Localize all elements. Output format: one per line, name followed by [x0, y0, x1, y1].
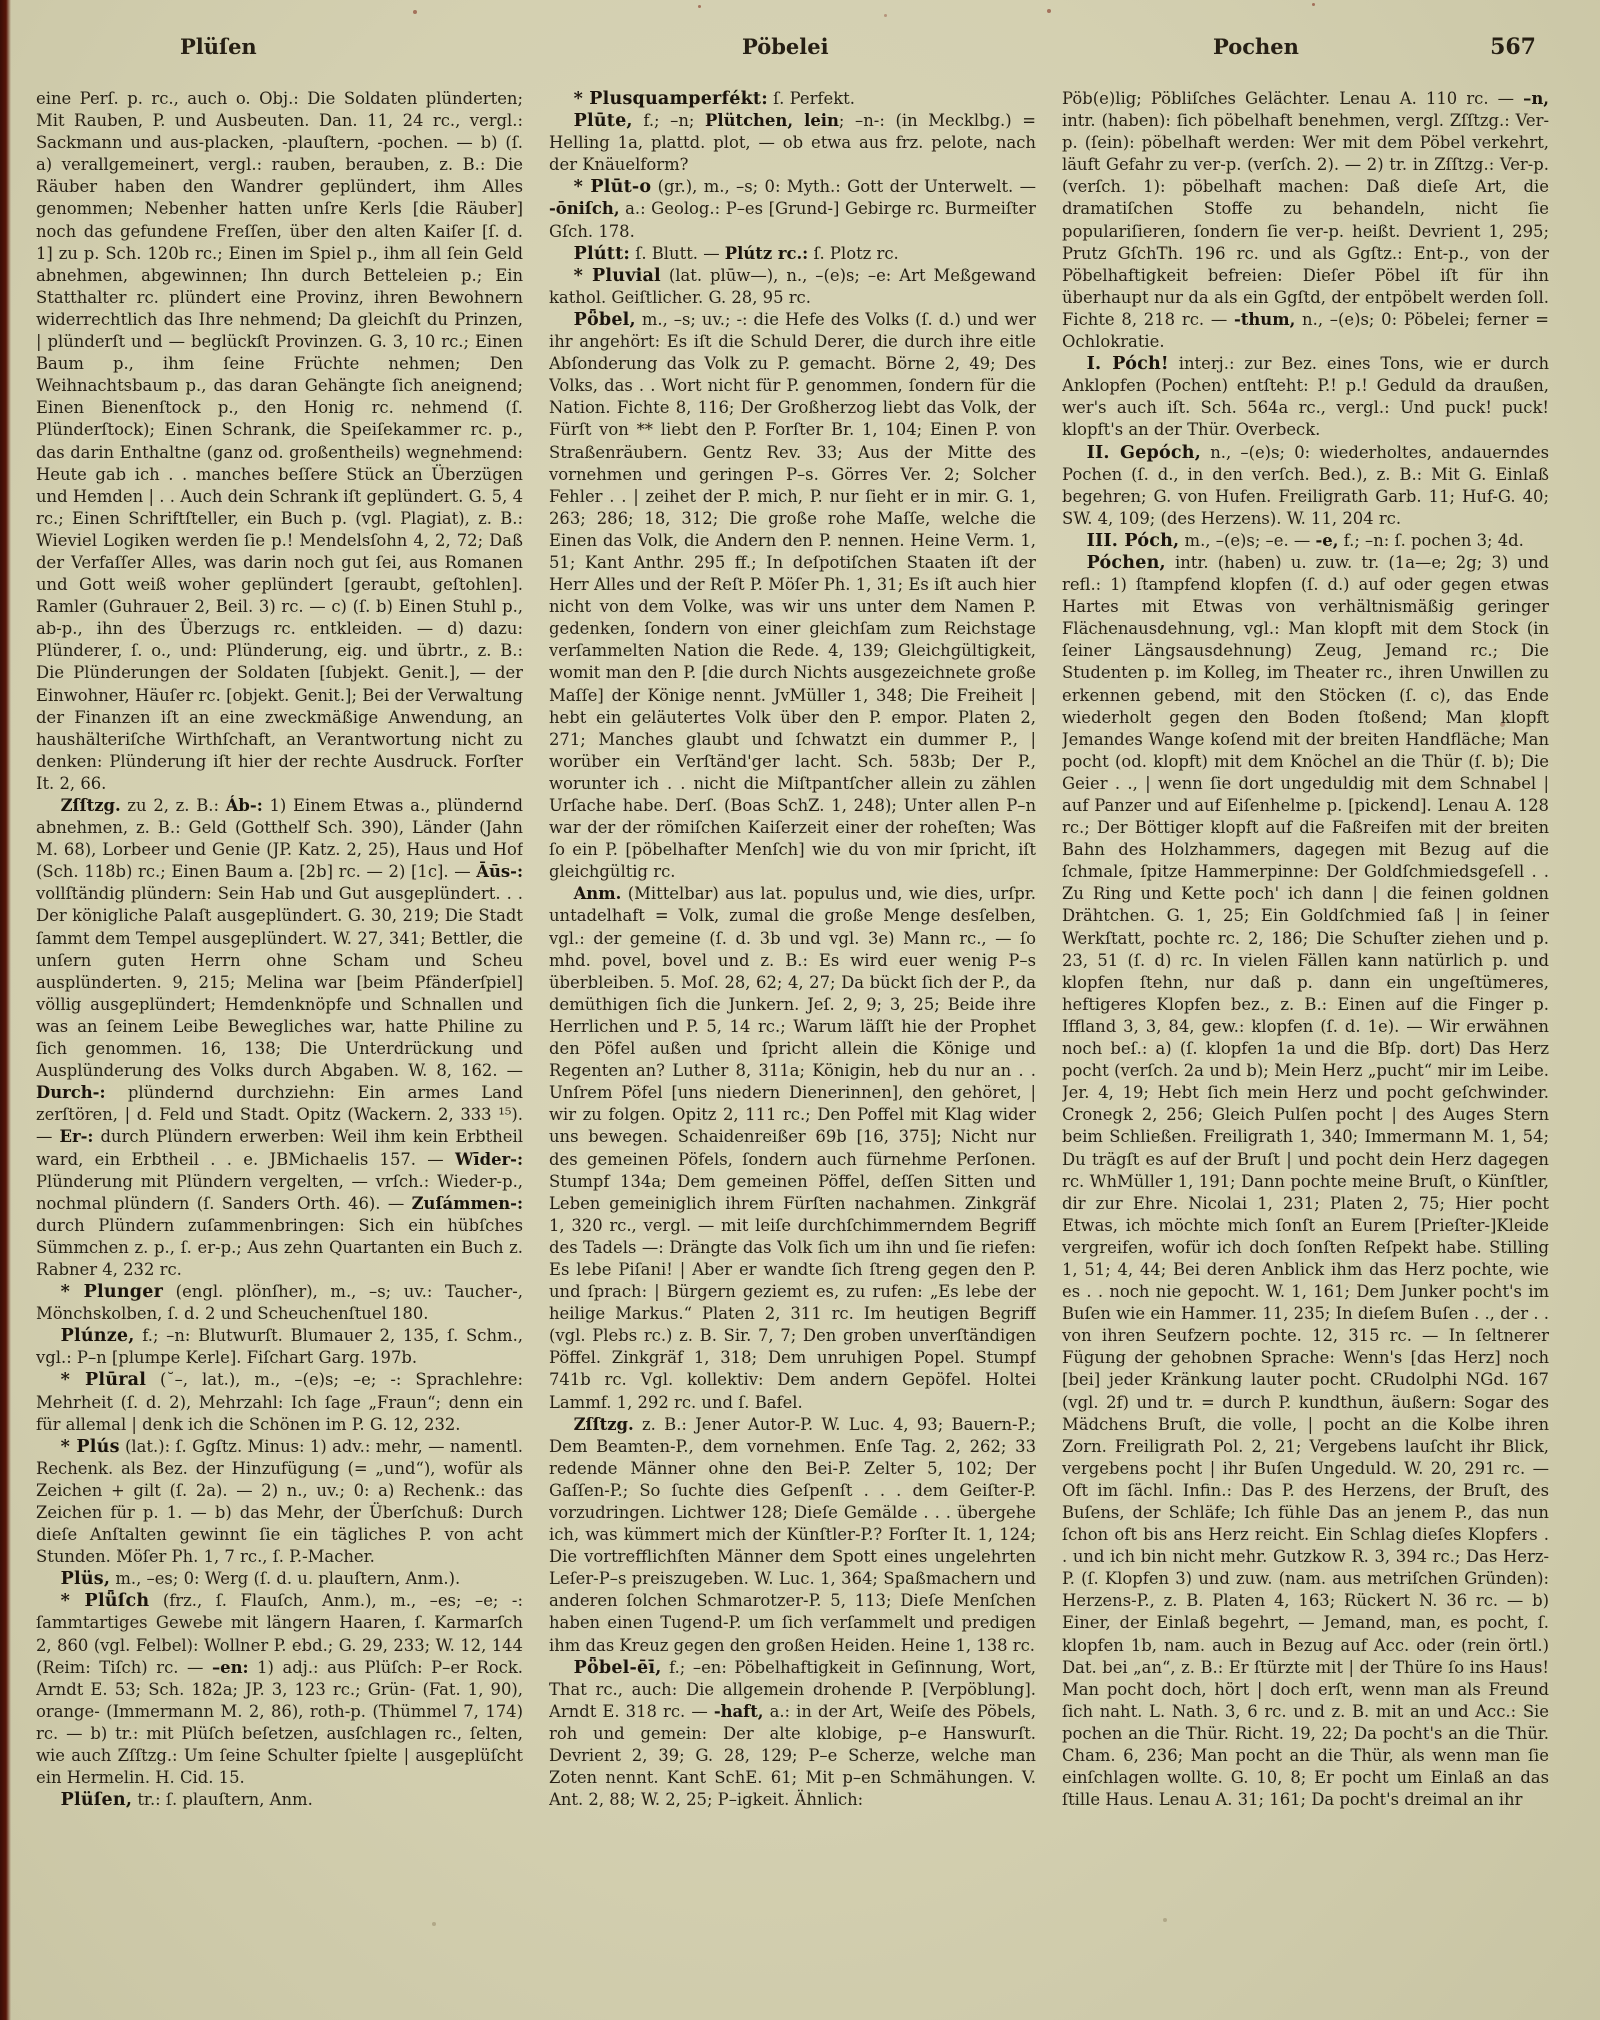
- entry-headword: * Plūral: [61, 1370, 146, 1390]
- entry-headword: Pȫbel,: [574, 310, 636, 330]
- entry-paragraph: Plūte, f.; –n; Plütchen, lein; –n-: (in …: [549, 110, 1036, 176]
- entry-headword: Póchen,: [1087, 553, 1166, 573]
- entry-paragraph: * Plūt-o (gr.), m., –s; 0: Myth.: Gott d…: [549, 176, 1036, 242]
- entry-headword: Plüs,: [61, 1569, 111, 1589]
- paper-speckle: [413, 10, 417, 14]
- entry-headword: I. Póch!: [1087, 354, 1169, 374]
- entry-paragraph: Pöb(e)lig; Pöbliſches Gelächter. Lenau A…: [1062, 88, 1549, 353]
- bold-subhead: -e,: [1315, 531, 1338, 550]
- entry-paragraph: * Plusquamperfékt: ſ. Perfekt.: [549, 88, 1036, 110]
- bold-subhead: Zſſtzg.: [574, 1415, 634, 1434]
- entry-paragraph: Pȫbel, m., –s; uv.; -: die Hefe des Volk…: [549, 309, 1036, 883]
- running-head-right: Pochen: [1213, 34, 1299, 59]
- entry-paragraph: * Plunger (engl. plönſher), m., –s; uv.:…: [36, 1281, 523, 1325]
- entry-headword: II. Gepóch,: [1087, 443, 1201, 463]
- entry-headword: * Plunger: [61, 1282, 163, 1302]
- running-head-center: Pöbelei: [742, 34, 829, 59]
- bold-subhead: -thum,: [1234, 310, 1295, 329]
- entry-headword: * Plús: [61, 1437, 120, 1457]
- running-head-left: Plüſen: [180, 34, 257, 59]
- entry-headword: Plüſen,: [61, 1790, 133, 1810]
- bold-subhead: Plútz rc.:: [725, 244, 808, 263]
- entry-headword: Pȫbel-ēī,: [574, 1658, 662, 1678]
- entry-paragraph: Plüſen, tr.: ſ. plauſtern, Anm.: [36, 1789, 523, 1811]
- bold-subhead: -haft,: [714, 1702, 764, 1721]
- paper-speckle: [884, 14, 887, 17]
- bold-subhead: –en:: [212, 1658, 249, 1677]
- bold-subhead: Wīder-:: [455, 1150, 523, 1169]
- entry-headword: Plúnze,: [61, 1326, 135, 1346]
- entry-paragraph: eine Perſ. p. rc., auch o. Obj.: Die Sol…: [36, 88, 523, 795]
- bold-subhead: Āūs-:: [476, 862, 523, 881]
- column-right: Pöb(e)lig; Pöbliſches Gelächter. Lenau A…: [1062, 88, 1549, 1970]
- column-left: eine Perſ. p. rc., auch o. Obj.: Die Sol…: [36, 88, 523, 1970]
- bold-subhead: Zuſámmen-:: [412, 1194, 523, 1213]
- entry-paragraph: Plüs, m., –es; 0: Werg (ſ. d. u. plauſte…: [36, 1568, 523, 1590]
- page-number: 567: [1490, 34, 1536, 60]
- entry-paragraph: III. Póch, m., –(e)s; –e. — -e, f.; –n: …: [1062, 530, 1549, 552]
- entry-paragraph: Pȫbel-ēī, f.; –en: Pöbelhaftigkeit in Ge…: [549, 1657, 1036, 1812]
- entry-paragraph: Plúnze, f.; –n: Blutwurſt. Blumauer 2, 1…: [36, 1325, 523, 1369]
- entry-paragraph: * Pluvial (lat. plūw—), n., –(e)s; –e: A…: [549, 265, 1036, 309]
- running-head: Plüſen Pöbelei Pochen 567: [0, 34, 1600, 64]
- bold-subhead: Durch-:: [36, 1083, 106, 1102]
- paper-speckle: [1047, 9, 1051, 13]
- bold-subhead: -ōniſch,: [549, 199, 620, 218]
- entry-paragraph: Póchen, intr. (haben) u. zuw. tr. (1a—e;…: [1062, 552, 1549, 1811]
- entry-paragraph: Zſſtzg. zu 2, z. B.: Áb-: 1) Einem Etwas…: [36, 795, 523, 1281]
- bold-subhead: Er-:: [59, 1127, 93, 1146]
- paper-speckle: [698, 5, 701, 8]
- entry-headword: Plūte,: [574, 111, 633, 131]
- entry-paragraph: * Plūral (˘–, lat.), m., –(e)s; –e; -: S…: [36, 1369, 523, 1435]
- book-gutter-edge: [0, 0, 11, 2020]
- column-center: * Plusquamperfékt: ſ. Perfekt.Plūte, f.;…: [549, 88, 1036, 1970]
- dictionary-page: Plüſen Pöbelei Pochen 567 eine Perſ. p. …: [0, 0, 1600, 2020]
- entry-paragraph: II. Gepóch, n., –(e)s; 0: wiederholtes, …: [1062, 442, 1549, 530]
- bold-subhead: Anm.: [574, 884, 622, 903]
- bold-subhead: Plütchen, lein: [705, 111, 839, 130]
- entry-headword: * Plūt-o: [574, 177, 652, 197]
- bold-subhead: Áb-:: [226, 796, 263, 815]
- entry-headword: Plútt:: [574, 244, 630, 264]
- entry-paragraph: I. Póch! interj.: zur Bez. eines Tons, w…: [1062, 353, 1549, 441]
- entry-paragraph: * Plús (lat.): ſ. Ggſtz. Minus: 1) adv.:…: [36, 1436, 523, 1569]
- entry-headword: III. Póch,: [1087, 531, 1180, 551]
- entry-headword: * Plusquamperfékt:: [574, 89, 768, 109]
- entry-paragraph: Zſſtzg. z. B.: Jener Autor-P. W. Luc. 4,…: [549, 1414, 1036, 1657]
- entry-paragraph: Anm. (Mittelbar) aus lat. populus und, w…: [549, 883, 1036, 1413]
- entry-headword: * Plǖſch: [61, 1591, 150, 1611]
- bold-subhead: Zſſtzg.: [61, 796, 121, 815]
- bold-subhead: –n,: [1523, 89, 1549, 108]
- entry-paragraph: Plútt: ſ. Blutt. — Plútz rc.: ſ. Plotz r…: [549, 243, 1036, 265]
- entry-paragraph: * Plǖſch (frz., ſ. Flauſch, Anm.), m., –…: [36, 1590, 523, 1789]
- paper-speckle: [1312, 3, 1315, 6]
- text-columns: eine Perſ. p. rc., auch o. Obj.: Die Sol…: [36, 88, 1549, 1970]
- entry-headword: * Pluvial: [574, 266, 661, 286]
